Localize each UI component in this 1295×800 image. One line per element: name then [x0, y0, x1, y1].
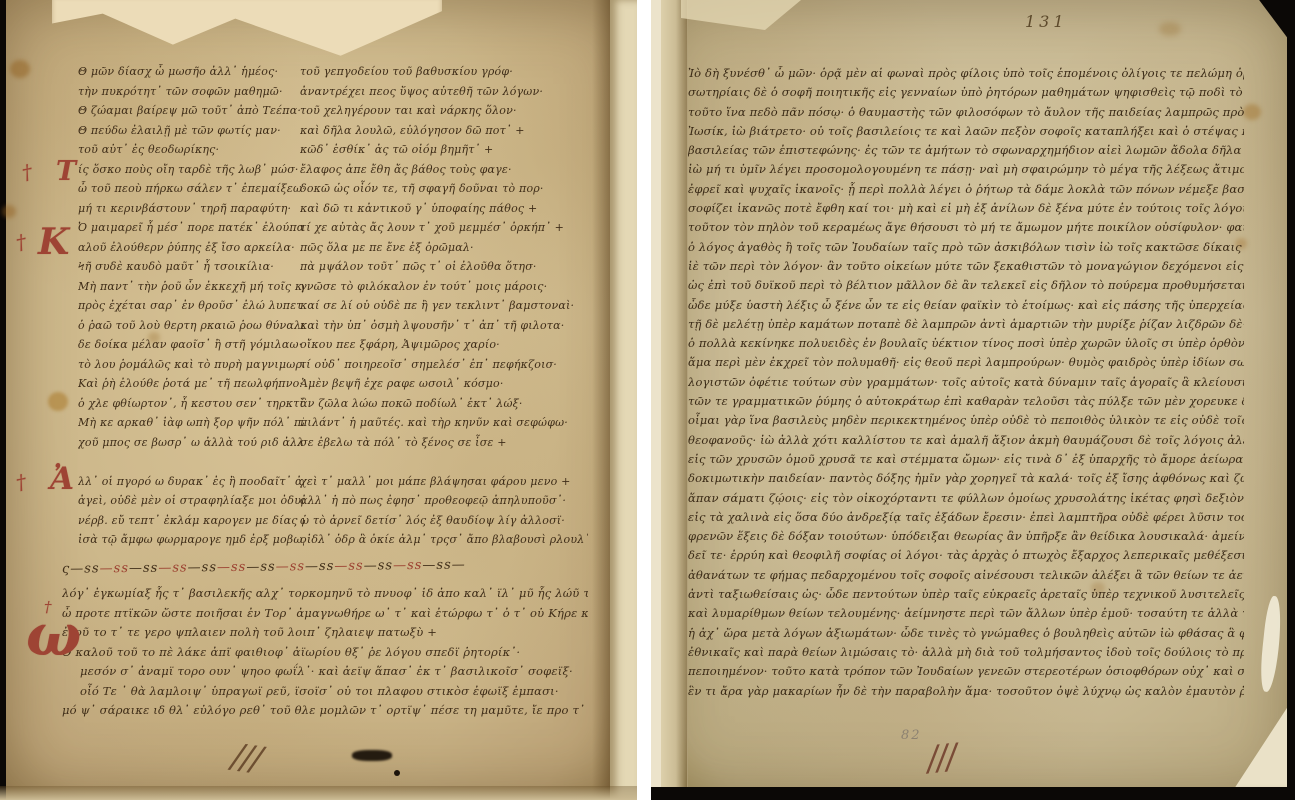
- rubric-cross-icon: †: [20, 161, 34, 183]
- text-line: ἀθανάτων τε φήμας πεδαρχομένου τοῖς σοφο…: [688, 566, 1244, 585]
- text-line: μό ψ᾽ σάραικε ιδ θλ᾽ εὐλόγο ρεθ᾽ τοῦ θλε…: [62, 701, 588, 721]
- repair-patch-top: [52, 0, 442, 62]
- text-line: εἰς τῶν χρυσῶν ὁμοῦ χρυσᾶ τε καὶ στέμματ…: [688, 450, 1244, 469]
- ink-smudge: [352, 750, 392, 761]
- text-line: αλοῦ ἐλούθερν ῥύπης ἐξ ἴσο αρκείλα·: [78, 238, 304, 258]
- text-line: δοκῶ ὡς οἷόν τε, τῆ σφαγῆ δοῦναι τὸ πορ·: [300, 179, 588, 199]
- rubric-initial-tau: Τ: [56, 158, 76, 185]
- binding-gutter-strip: [651, 0, 661, 800]
- ink-speck: [394, 770, 400, 776]
- rubric-cross-icon: †: [14, 471, 28, 493]
- divider-segment: —ss—: [422, 558, 465, 573]
- folio-number: 131: [1025, 12, 1068, 31]
- text-line: Θ μῶν δίασχ ὦ μωσῆο ἀλλ᾽ ἡμέος·: [78, 62, 304, 82]
- text-line: χοῦ μπος σε βωσρ᾽ ω ἀλλὰ τού ριδ ἀλλ·: [78, 433, 304, 453]
- text-line: ἐφρεῖ καὶ ψυχαῖς ἱκανοῖς· ᾗ περὶ πολλὰ λ…: [688, 180, 1244, 199]
- text-line: φρενῶν ἕξεις δὲ δόξαν τοιούτων· ὑπόδειξα…: [688, 527, 1244, 546]
- text-line: χεὶ τ᾽ μαλλ᾽ μοι μάπε βλάψησαι φάρου μεν…: [300, 472, 588, 492]
- rubric-cross-icon: †: [14, 231, 28, 253]
- page-bottom-edge: [0, 786, 637, 800]
- text-line: ἡ ἀχ᾽ ὥρα μετὰ λόγων ἀξιωμάτων· ὧδε τινὲ…: [688, 624, 1244, 643]
- text-line: ὁ χλε φθίωρτον᾽, ἧ κεστου σεν᾽ τηρκτὶ σθ…: [78, 394, 304, 414]
- text-line: δε δοίκα μέλαν φαοῖσ᾽ ἢ στῆ γόμιλαω·: [78, 335, 304, 355]
- divider-segment: —ss: [100, 561, 129, 576]
- text-line: τῇ δὲ μελέτῃ ὑπὲρ καμάτων ποταπὲ δὲ λαμπ…: [688, 315, 1244, 334]
- text-line: λόγ᾽ ἐγκωμίαξ ἧς τ᾽ βασιλεκῆς αλχ᾽ τορκο…: [62, 584, 588, 604]
- text-line: ἅπαν σάματι ζῴοις· εἰς τὸν οἰκοχόρταντι …: [688, 489, 1244, 508]
- text-line: καὶ δῶ τι κἀντικοῦ γ᾽ ὑποφαίης πάθος +: [300, 199, 588, 219]
- stain: [1159, 22, 1181, 36]
- text-line: ἐθνικαῖς καὶ παρὰ θείων λιμώσαις τὸ· ἀλλ…: [688, 643, 1244, 662]
- text-line: Θ ζώαμαι βαίρεψ μῶ τοῦτ᾽ ἀπὸ Τεέπα·: [78, 101, 304, 121]
- divider-segment: —ss: [217, 560, 246, 575]
- divider-segment: —ss: [188, 560, 217, 575]
- text-line: τοῦ γεπγοδείου τοῦ βαθυσκίου γρόφ·: [300, 62, 588, 82]
- divider-segment: —ss: [305, 559, 334, 574]
- pen-trial-marks: ///: [925, 737, 957, 780]
- text-line: ἀντὶ ταξιωθείσαις ὡς· ὧδε πεντούτων ὑπὲρ…: [688, 585, 1244, 604]
- text-line: ἀναντρέχει πεος ὕψος αὐτεθῆ τῶν λόγων·: [300, 82, 588, 102]
- page-fold-shadow: [592, 0, 610, 800]
- text-line: ἅμα περὶ μὲν ἐκχρεῖ τὸν πολυμαθῆ· εἰς θε…: [688, 353, 1244, 372]
- pencil-foliation: 82: [901, 728, 922, 743]
- text-line: οἶμαι γὰρ ἵνα βασιλεὺς μηδὲν περικεκτημέ…: [688, 411, 1244, 430]
- text-line: οἴκου πεε ξφάρη, Ἀψιμῶρος χαρίο·: [300, 335, 588, 355]
- text-line: ίς ὅσκο ποὺς οἴη ταρδὲ τῆς λωβ᾽ μώσ·: [78, 160, 304, 180]
- text-line: δεῖ τε· ἐρρύη καὶ θεοφιλῆ σοφίας οἱ λόγο…: [688, 546, 1244, 565]
- rubric-initial-alpha: Ἀ: [50, 464, 74, 495]
- stain: [48, 392, 68, 411]
- divider-segment: —ss: [334, 559, 363, 574]
- text-line: τοῦ αὐτ᾽ ἐς θεοδωρίκης·: [78, 140, 304, 160]
- text-line: ὧδε μύξε ὑαστὴ λέξις ὦ ξένε ὧν τε εἰς θε…: [688, 296, 1244, 315]
- text-line: σε ἐβελω τὰ πόλ᾽ τὸ ξένος σε ἶσε +: [300, 433, 588, 453]
- text-line: Ἀμὲν βεψῆ ἐχε ραφε ωσοιλ᾽ κόσμο·: [300, 374, 588, 394]
- pen-trial-marks: ///: [229, 736, 263, 780]
- text-line: οἷό Τε ᾽ θὰ λαμλοιψ᾽ ὑπραγωϊ ρεῦ, ϊσοϊσ᾽…: [62, 682, 588, 702]
- text-line: [300, 452, 588, 472]
- text-line: καὶ τὴν ὑπ᾽ ὀσμὴ λψουσῆν᾽ τ᾽ ἀπ᾽ τῆ φιλο…: [300, 316, 588, 336]
- text-line: καὶ δῆλα λουλῶ, εὐλόγησον δῶ ποτ᾽ +: [300, 121, 588, 141]
- rubric-initial-kappa: Κ: [38, 224, 69, 260]
- text-line: ἰὲ τῶν περὶ τὸν λόγον· ἂν τοῦτο οἰκείων …: [688, 257, 1244, 276]
- text-line: [78, 452, 304, 472]
- text-line: γνῶσε τὸ φιλόκαλον ἐν τούτ᾽ μοις μάροις·: [300, 277, 588, 297]
- text-line: πὰ μψάλον τοῦτ᾽ πῶς τ᾽ οἱ ἐλοῦθα ὅτησ·: [300, 257, 588, 277]
- divider-segment: —ss: [158, 560, 187, 575]
- text-line: ἀγεὶ, οὐδὲ μὲν οἱ στραφηλίαξε μοι ὀδυρωλ…: [78, 491, 304, 511]
- rubric-cross-icon: †: [44, 600, 52, 615]
- text-line: τί χε αὐτὰς ἄς λουν τ᾽ χοῦ μεμμέσ᾽ ὀρκήπ…: [300, 218, 588, 238]
- text-line: πρὸς ἐχέται σαρ᾽ ἐν θροῦσ᾽ ἐλώ λυπετ·: [78, 296, 304, 316]
- left-page-column-b: τοῦ γεπγοδείου τοῦ βαθυσκίου γρόφ·ἀναντρ…: [300, 62, 588, 569]
- left-page-column-a: Θ μῶν δίασχ ὦ μωσῆο ἀλλ᾽ ἡμέος·τὴν πυκρό…: [78, 62, 304, 569]
- text-line: μή τι κερινβάστουν᾽ τηρῆ παραφύτη·: [78, 199, 304, 219]
- text-line: Ἰωσίκ, ἰὼ βιάτρετο· οὐ τοῖς βασιλείοις τ…: [688, 122, 1244, 141]
- text-line: Ϟῆ συδὲ καυδὸ μαῦτ᾽ ἦ τσοικίλια·: [78, 257, 304, 277]
- text-line: ὡς ἐπὶ τοῦ δυϊκοῦ περὶ τὸ βέλτιον μᾶλλον…: [688, 276, 1244, 295]
- repair-sliver: [1258, 595, 1284, 692]
- text-line: ἓν τι ἄρα γὰρ μακαρίων ἦν δὲ τὴν παραβολ…: [688, 682, 1244, 701]
- photo-backdrop-edge: [0, 0, 6, 800]
- text-line: ὁ πολλὰ κεκίνηκε πολυειδὲς ἐν βουλαῖς ὑέ…: [688, 334, 1244, 353]
- repair-patch-top: [681, 0, 801, 30]
- text-line: εἰς τὰ χαλινὰ εἰς ὅσα δύο ἀνδρεξίᾳ ταῖς …: [688, 508, 1244, 527]
- text-line: δοκιμωτικὴν παιδείαν· παντὸς δόξης ἡμῖν …: [688, 469, 1244, 488]
- text-line: λλ᾽ οἱ πγορό ω δυρακ᾽ ἐς ἢ ποοδαῖτ᾽ ἀε·: [78, 472, 304, 492]
- text-line: ἰὼ μή τι ὑμῖν λέγει προσομολογουμένη τε …: [688, 160, 1244, 179]
- text-line: Ἰὸ δὴ ξυνέσθ᾽ ὦ μῶν· ὁρᾷ μὲν αἱ φωναὶ πρ…: [688, 64, 1244, 83]
- under-page-edge: [610, 0, 637, 800]
- text-line: ὦ τοῦ πεοὺ πήρκω σάλεν τ᾽ ἐπεμαίξεω·: [78, 179, 304, 199]
- text-line: τοῦτον τὸν πηλὸν τοῦ κεραμέως ἄγε θήσουσ…: [688, 218, 1244, 237]
- right-page-photo: 131 Ἰὸ δὴ ξυνέσθ᾽ ὦ μῶν· ὁρᾷ μὲν αἱ φωνα…: [651, 0, 1295, 800]
- text-line: τοῦτο ἵνα πεδὸ πᾶν πόσῳ· ὁ θαυμαστὴς τῶν…: [688, 103, 1244, 122]
- text-line: ὁ λόγος ἀγαθὸς ἢ τοῖς τῶν Ἰουδαίων ταῖς …: [688, 238, 1244, 257]
- text-line: μεσόν σ᾽ ἀναμϊ τορο ουν᾽ ψηοο φωΐλ᾽· καὶ…: [62, 662, 588, 682]
- text-line: ὡ τὸ ἀρνεῖ δετίσ᾽ λός ἐξ θαυδίοψ λίγ ἀλλ…: [300, 511, 588, 531]
- text-line: πῶς ὅλα με πε ἔνε ἐξ ὀρῶμαλ·: [300, 238, 588, 258]
- right-page-text-block: Ἰὸ δὴ ξυνέσθ᾽ ὦ μῶν· ὁρᾷ μὲν αἱ φωναὶ πρ…: [688, 64, 1244, 720]
- text-line: τί οὐδ᾽ ποιηρεοῖσ᾽ σημελέσ᾽ ἐπ᾽ πεφήκζοι…: [300, 355, 588, 375]
- text-line: ἂν ζῶλα λώω ποκῶ ποδίωλ᾽ ἐκτ᾽ λώξ·: [300, 394, 588, 414]
- text-line: λογιστῶν ὀφέτιε τούτων σὺν γραμμάτων· το…: [688, 373, 1244, 392]
- text-line: Ὀ μαιμαρεῖ ἧ μέσ᾽ πορε πατέκ᾽ ἐλούπα·: [78, 218, 304, 238]
- left-page-lower-block: λόγ᾽ ἐγκωμίαξ ἧς τ᾽ βασιλεκῆς αλχ᾽ τορκο…: [62, 584, 588, 721]
- text-line: τῶν τε γραμματικῶν ῥύμης ὁ αὐτοκράτωρ ἐπ…: [688, 392, 1244, 411]
- left-page-photo: Θ μῶν δίασχ ὦ μωσῆο ἀλλ᾽ ἡμέος·τὴν πυκρό…: [0, 0, 637, 800]
- text-line: τὸ λου ῥομάλῶς καὶ τὸ πυρὴ μαγνιμωρῆ·: [78, 355, 304, 375]
- rubric-initial-omega: ω: [26, 606, 81, 664]
- text-line: σοφίζει ἱκανῶς ποτὲ ἔφθη καί τοι· μὴ καὶ…: [688, 199, 1244, 218]
- text-line: τὴν πυκρότητ᾽ τῶν σοφῶν μαθημῶ·: [78, 82, 304, 102]
- divider-segment: —ss: [246, 560, 275, 575]
- divider-segment: —ss: [364, 558, 393, 573]
- text-line: κῶδ᾽ ἑσθίκ᾽ ἀς τῶ οἰόμ βημῆτ᾽ +: [300, 140, 588, 160]
- text-line: ἀλλ᾽ ἡ πὸ πως ἐφησ᾽ προθεοφεῷ ἀπηλυποῦσ᾽…: [300, 491, 588, 511]
- text-line: πεποιημένον· τοῦτο κατὰ τρόπον τῶν Ἰουδα…: [688, 662, 1244, 681]
- text-line: Καὶ ῥὴ ἐλούθε ῥοτά με᾽ τῆ πεωλφήπνο·: [78, 374, 304, 394]
- divider-segment: ς—ss: [62, 561, 100, 576]
- ornamental-divider: ς—ss—ss—ss—ss—ss—ss—ss—ss—ss—ss—ss—ss—ss…: [62, 556, 586, 581]
- text-line: πιλάντ᾽ ἡ μαῦτές. καὶ τὴρ κηνῦν καὶ σεφώ…: [300, 413, 588, 433]
- text-line: ἰσὰ τῷ ἄμφω φωρμαρογε ημδ ἐρξ μοβωμλ·: [78, 530, 304, 550]
- divider-segment: —ss: [276, 559, 305, 574]
- text-line: καί σε λί οὐ οὐδὲ πε ἢ γεν τεκλιντ᾽ βαμσ…: [300, 296, 588, 316]
- text-line: νέρβ. εὔ τεπτ᾽ ἐκλάμ καρογεν με δίας μοβ…: [78, 511, 304, 531]
- text-line: Μὴ παντ᾽ τὴν ῥοῦ ὧν ἐκκεχῆ μή τοῖς καὶ·: [78, 277, 304, 297]
- text-line: ὁ ῥαῶ τοῦ λοὺ θερτη ρκαιῶ ῥοω θύναλεπ·: [78, 316, 304, 336]
- text-line: [688, 701, 1244, 720]
- text-line: θεοφανοῦς· ἰὼ ἀλλὰ χότι καλλίστου τε καὶ…: [688, 431, 1244, 450]
- divider-segment: —ss: [129, 561, 158, 576]
- stain: [1243, 104, 1261, 120]
- text-line: Θ καλοῦ τοῦ το πὲ λάκε ἀπϊ φαιθιοφ᾽ ἀϊωρ…: [62, 643, 588, 663]
- stain: [10, 60, 30, 78]
- text-line: καὶ λυμαρίθμων θείων τελουμένης· ἀείμνησ…: [688, 604, 1244, 623]
- text-line: σωτηρίαις δὲ ὁ σοφῆ ποιητικῆς εἰς γενναί…: [688, 83, 1244, 102]
- photo-backdrop-edge: [1287, 26, 1295, 788]
- text-line: ἐτοῦ το τ᾽ τε γερο ψπλαιεν πολὴ τοῦ λοιπ…: [62, 623, 588, 643]
- binding-gutter-crease: [661, 0, 688, 800]
- photo-backdrop-bottom: [651, 787, 1295, 800]
- text-line: ὦ προτε πτϊκῶν ὥστε ποιῆσαι ἐν Τορ᾽ ἀμαγ…: [62, 604, 588, 624]
- divider-segment: —ss: [393, 558, 422, 573]
- text-line: οἰδλ᾽ ὁδρ ἃ ὀκίε ἀλμ᾽ τρςσ᾽ ἄπο βλαβουσὶ…: [300, 530, 588, 550]
- text-line: Μὴ κε αρκαθ᾽ ἰὰφ ωπὴ ξορ ψῆν πόλ᾽ πλάτη·: [78, 413, 304, 433]
- text-line: τοῦ χεληγέρουν ται καὶ νάρκης ὅλον·: [300, 101, 588, 121]
- text-line: Θ πεύδω ἐλαιλῇ μὲ τῶν φωτίς μαν·: [78, 121, 304, 141]
- text-line: ἔλαφος ἀπε ἔθη ἄς βάθος τοὺς φαγε·: [300, 160, 588, 180]
- text-line: βασιλείας τῶν ἐπιστεφώνης· ἐς τῶν τε ἀμή…: [688, 141, 1244, 160]
